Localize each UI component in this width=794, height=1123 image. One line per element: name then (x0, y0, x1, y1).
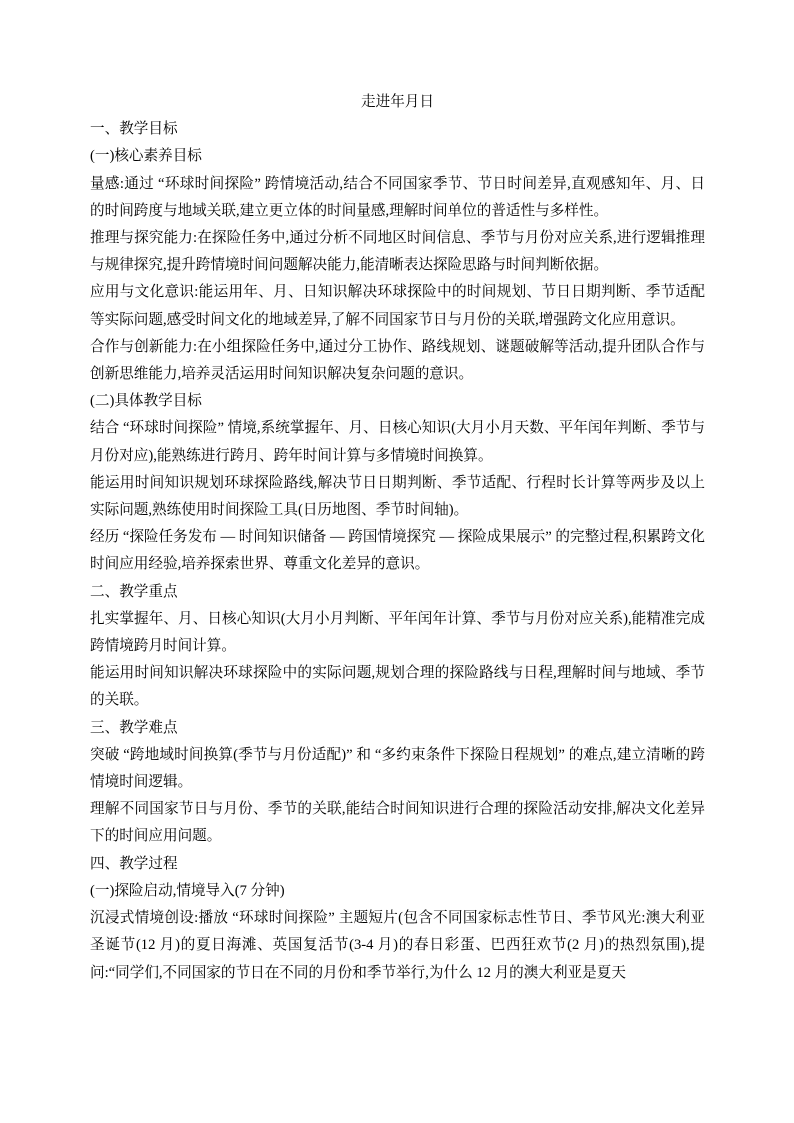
paragraph-key-point-1: 扎实掌握年、月、日核心知识(大月小月判断、平年闰年计算、季节与月份对应关系),能… (90, 606, 705, 660)
paragraph-subheading-intro-stage: (一)探险启动,情境导入(7 分钟) (90, 878, 705, 905)
paragraph-subheading-specific-goals: (二)具体教学目标 (90, 388, 705, 415)
paragraph-specific-goal-3: 经历 “探险任务发布 — 时间知识储备 — 跨国情境探究 — 探险成果展示” 的… (90, 524, 705, 578)
paragraph-heading-2: 二、教学重点 (90, 579, 705, 606)
paragraph-specific-goal-2: 能运用时间知识规划环球探险路线,解决节日日期判断、季节适配、行程时长计算等两步及… (90, 470, 705, 524)
paragraph-difficulty-1: 突破 “跨地域时间换算(季节与月份适配)” 和 “多约束条件下探险日程规划” 的… (90, 742, 705, 796)
paragraph-liang-gan: 量感:通过 “环球时间探险” 跨情境活动,结合不同国家季节、节日时间差异,直观感… (90, 171, 705, 225)
paragraph-heading-3: 三、教学难点 (90, 715, 705, 742)
document-page: 走进年月日 一、教学目标 (一)核心素养目标 量感:通过 “环球时间探险” 跨情… (0, 0, 794, 1123)
paragraph-application-culture: 应用与文化意识:能运用年、月、日知识解决环球探险中的时间规划、节日日期判断、季节… (90, 279, 705, 333)
paragraph-subheading-core-goals: (一)核心素养目标 (90, 143, 705, 170)
document-title: 走进年月日 (90, 89, 705, 116)
paragraph-heading-1: 一、教学目标 (90, 116, 705, 143)
paragraph-specific-goal-1: 结合 “环球时间探险” 情境,系统掌握年、月、日核心知识(大月小月天数、平年闰年… (90, 415, 705, 469)
paragraph-heading-4: 四、教学过程 (90, 851, 705, 878)
paragraph-difficulty-2: 理解不同国家节日与月份、季节的关联,能结合时间知识进行合理的探险活动安排,解决文… (90, 796, 705, 850)
paragraph-reasoning-ability: 推理与探究能力:在探险任务中,通过分析不同地区时间信息、季节与月份对应关系,进行… (90, 225, 705, 279)
paragraph-key-point-2: 能运用时间知识解决环球探险中的实际问题,规划合理的探险路线与日程,理解时间与地域… (90, 660, 705, 714)
paragraph-cooperation-innovation: 合作与创新能力:在小组探险任务中,通过分工协作、路线规划、谜题破解等活动,提升团… (90, 334, 705, 388)
paragraph-immersive-scenario: 沉浸式情境创设:播放 “环球时间探险” 主题短片(包含不同国家标志性节日、季节风… (90, 905, 705, 987)
